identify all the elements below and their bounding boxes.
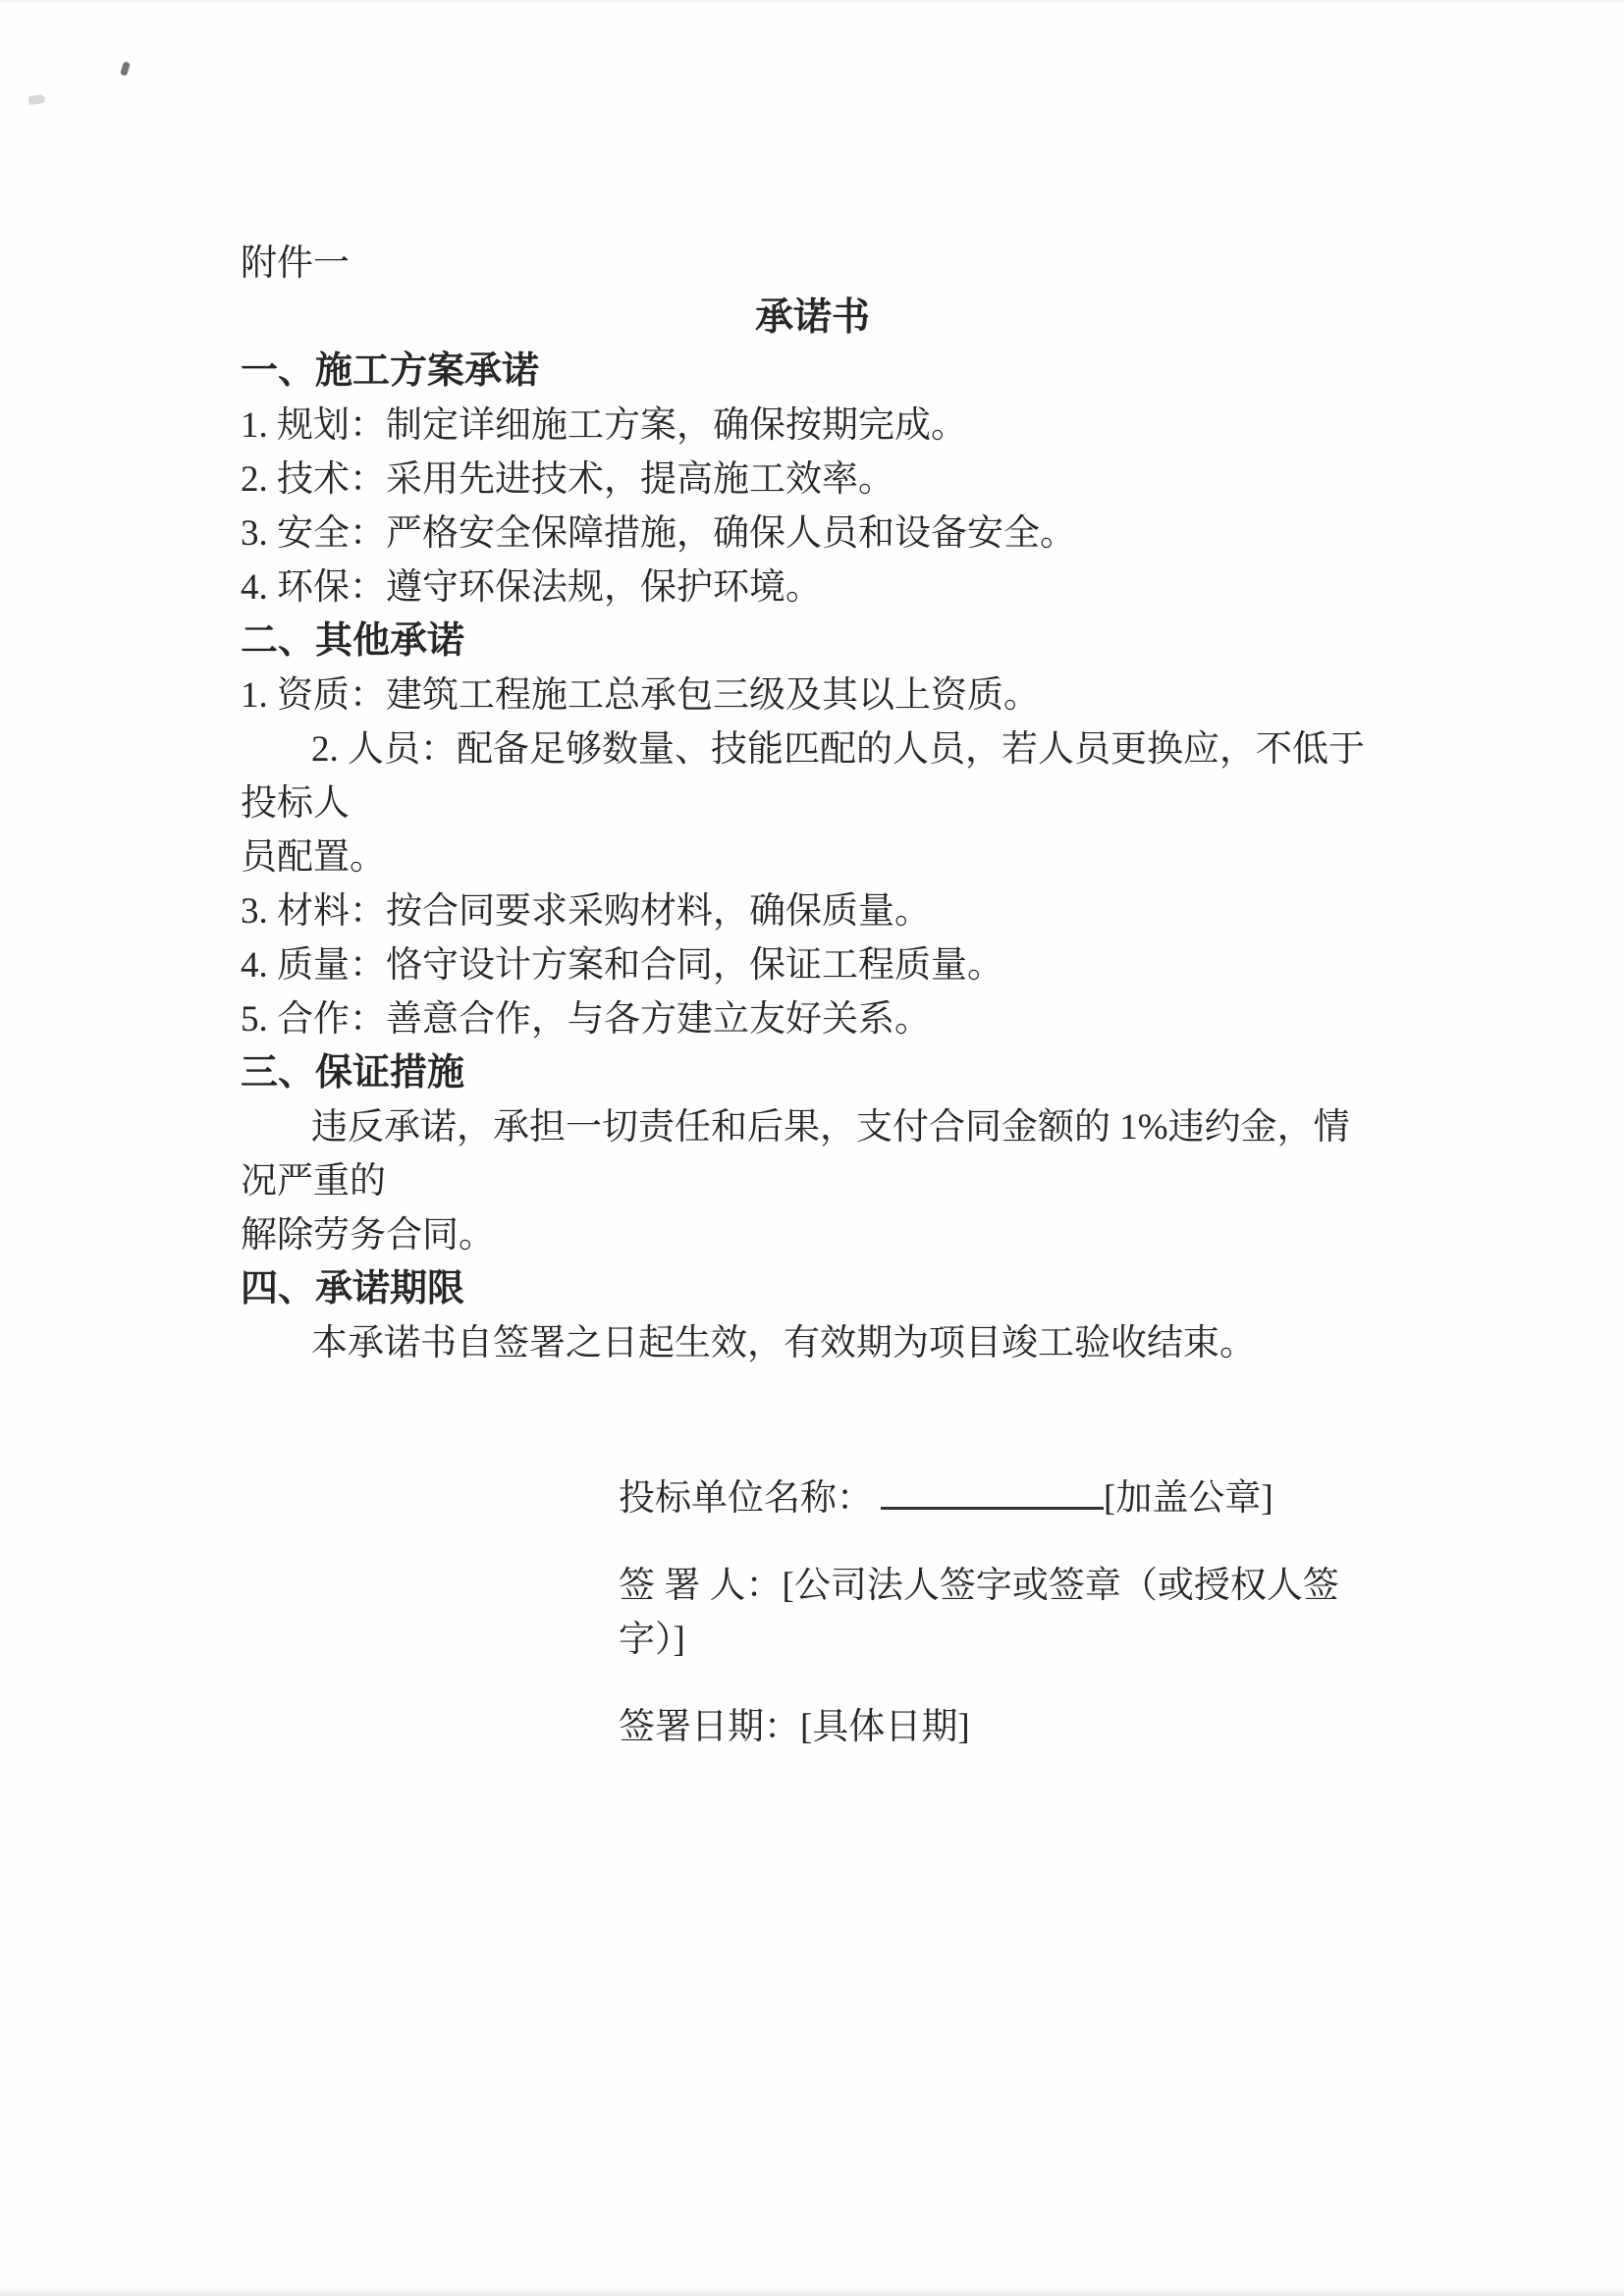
sign-date-label: 签署日期：: [619, 1707, 800, 1747]
document-content: 附件一 承诺书 一、施工方案承诺 1. 规划：制定详细施工方案，确保按期完成。 …: [0, 0, 1624, 1754]
seal-note: [加盖公章]: [1104, 1478, 1273, 1519]
sign-date-value: [具体日期]: [800, 1707, 970, 1747]
body-paragraph: 本承诺书自签署之日起生效，有效期为项目竣工验收结束。: [241, 1316, 1384, 1370]
scanned-document-page: 附件一 承诺书 一、施工方案承诺 1. 规划：制定详细施工方案，确保按期完成。 …: [0, 0, 1624, 2296]
list-item: 2. 技术：采用先进技术，提高施工效率。: [241, 453, 1384, 507]
section-commitment-period: 四、承诺期限 本承诺书自签署之日起生效，有效期为项目竣工验收结束。: [241, 1262, 1384, 1370]
bidder-name-blank-underline: [881, 1468, 1104, 1510]
section-heading: 四、承诺期限: [241, 1262, 1384, 1316]
list-item: 3. 材料：按合同要求采购材料，确保质量。: [241, 884, 1384, 938]
list-item: 4. 环保：遵守环保法规，保护环境。: [241, 561, 1384, 614]
document-title: 承诺书: [241, 291, 1384, 345]
list-item: 1. 规划：制定详细施工方案，确保按期完成。: [241, 399, 1384, 453]
list-item-line: 2. 人员：配备足够数量、技能匹配的人员，若人员更换应，不低于投标人: [241, 722, 1384, 830]
body-paragraph: 违反承诺，承担一切责任和后果，支付合同金额的 1%违约金，情况严重的 解除劳务合…: [241, 1100, 1384, 1262]
list-item: 4. 质量：恪守设计方案和合同，保证工程质量。: [241, 938, 1384, 992]
signature-block: 投标单位名称：[加盖公章] 签 署 人：[公司法人签字或签章（或授权人签字）] …: [619, 1468, 1384, 1754]
signer-line: 签 署 人：[公司法人签字或签章（或授权人签字）]: [619, 1559, 1384, 1667]
signer-label: 签 署 人：: [619, 1566, 783, 1606]
list-item: 1. 资质：建筑工程施工总承包三级及其以上资质。: [241, 668, 1384, 722]
paragraph-line: 违反承诺，承担一切责任和后果，支付合同金额的 1%违约金，情况严重的: [241, 1100, 1384, 1208]
list-item: 5. 合作：善意合作，与各方建立友好关系。: [241, 992, 1384, 1046]
list-item: 2. 人员：配备足够数量、技能匹配的人员，若人员更换应，不低于投标人 员配置。: [241, 722, 1384, 884]
bidder-name-label: 投标单位名称：: [619, 1478, 873, 1519]
section-heading: 三、保证措施: [241, 1046, 1384, 1100]
list-item-line: 员配置。: [241, 830, 1384, 884]
section-guarantee-measures: 三、保证措施 违反承诺，承担一切责任和后果，支付合同金额的 1%违约金，情况严重…: [241, 1046, 1384, 1262]
bidder-name-line: 投标单位名称：[加盖公章]: [619, 1468, 1384, 1525]
section-other-commitments: 二、其他承诺 1. 资质：建筑工程施工总承包三级及其以上资质。 2. 人员：配备…: [241, 614, 1384, 1046]
paragraph-line: 解除劳务合同。: [241, 1208, 1384, 1262]
section-heading: 一、施工方案承诺: [241, 345, 1384, 399]
list-item: 3. 安全：严格安全保障措施，确保人员和设备安全。: [241, 507, 1384, 561]
section-construction-plan: 一、施工方案承诺 1. 规划：制定详细施工方案，确保按期完成。 2. 技术：采用…: [241, 345, 1384, 614]
sign-date-line: 签署日期：[具体日期]: [619, 1700, 1384, 1754]
section-heading: 二、其他承诺: [241, 614, 1384, 668]
attachment-label: 附件一: [241, 237, 1384, 291]
